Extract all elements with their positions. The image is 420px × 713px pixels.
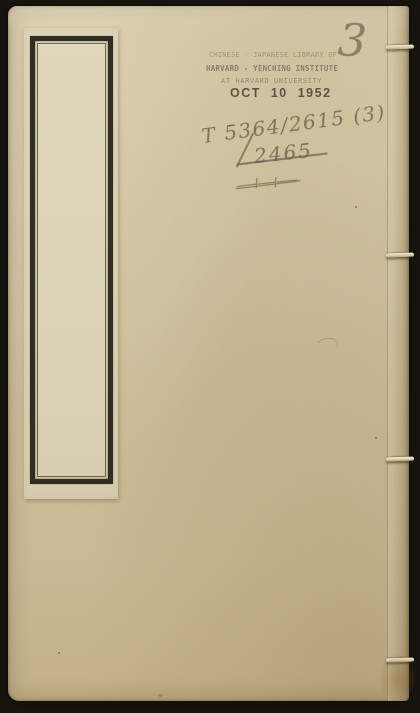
title-label-slip <box>24 28 118 499</box>
stamp-line-2: HARVARD - YENCHING INSTITUTE <box>206 64 348 73</box>
scuff-mark <box>315 336 340 355</box>
book-cover: CHINESE - JAPANESE LIBRARY OF HARVARD - … <box>8 6 409 701</box>
corner-stain <box>379 654 415 700</box>
date-stamp: OCT 10 1952 <box>230 86 348 100</box>
binding-crease <box>387 6 389 701</box>
book-cover-photo: CHINESE - JAPANESE LIBRARY OF HARVARD - … <box>0 0 420 713</box>
pencil-scribble <box>234 172 305 192</box>
paper-speck <box>355 206 357 208</box>
paper-speck <box>375 437 377 439</box>
pencil-call-number-struck: 2465 <box>253 138 314 168</box>
label-printed-border <box>30 36 113 484</box>
pencil-page-number: 3 <box>336 13 368 68</box>
stamp-line-3: AT HARVARD UNIVERSITY <box>221 77 348 85</box>
label-inner-rule <box>37 43 106 477</box>
binding-stitch <box>386 457 414 462</box>
fore-edge-strip <box>388 6 409 701</box>
paper-speck <box>58 652 60 654</box>
binding-stitch <box>386 253 414 258</box>
paper-speck <box>158 694 163 697</box>
stamp-line-1: CHINESE - JAPANESE LIBRARY OF <box>209 51 348 59</box>
library-ownership-stamp: CHINESE - JAPANESE LIBRARY OF HARVARD - … <box>200 51 348 100</box>
binding-stitch <box>386 45 414 50</box>
